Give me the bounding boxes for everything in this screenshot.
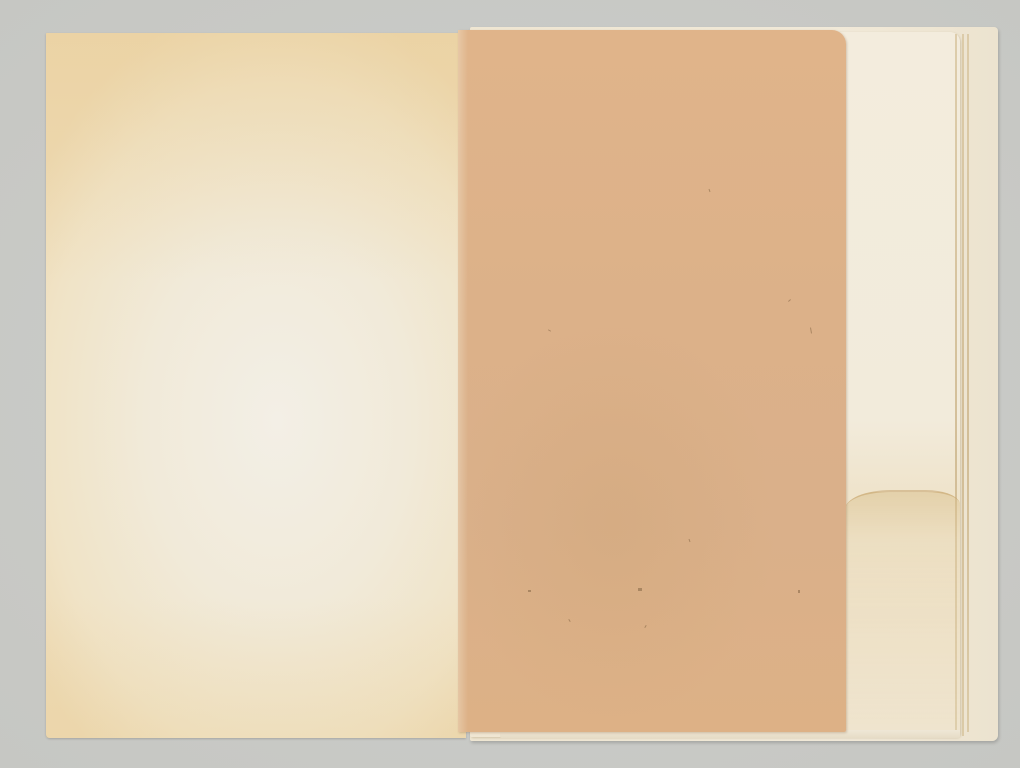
scan-background	[0, 0, 1020, 768]
paper-fleck	[689, 539, 691, 542]
paper-fleck	[709, 189, 711, 192]
page-edge-line	[967, 34, 969, 732]
paper-fleck	[788, 299, 791, 302]
paper-fleck	[528, 590, 531, 592]
water-stain	[845, 490, 960, 732]
page-edge-line	[962, 34, 964, 736]
paper-fleck	[548, 329, 551, 331]
paper-fleck	[810, 327, 812, 333]
paper-fleck	[644, 625, 646, 628]
paper-fleck	[568, 619, 570, 622]
paper-fleck	[638, 588, 642, 591]
paper-fleck	[798, 590, 800, 593]
tan-insert-leaf	[458, 30, 846, 732]
left-page	[46, 33, 466, 738]
